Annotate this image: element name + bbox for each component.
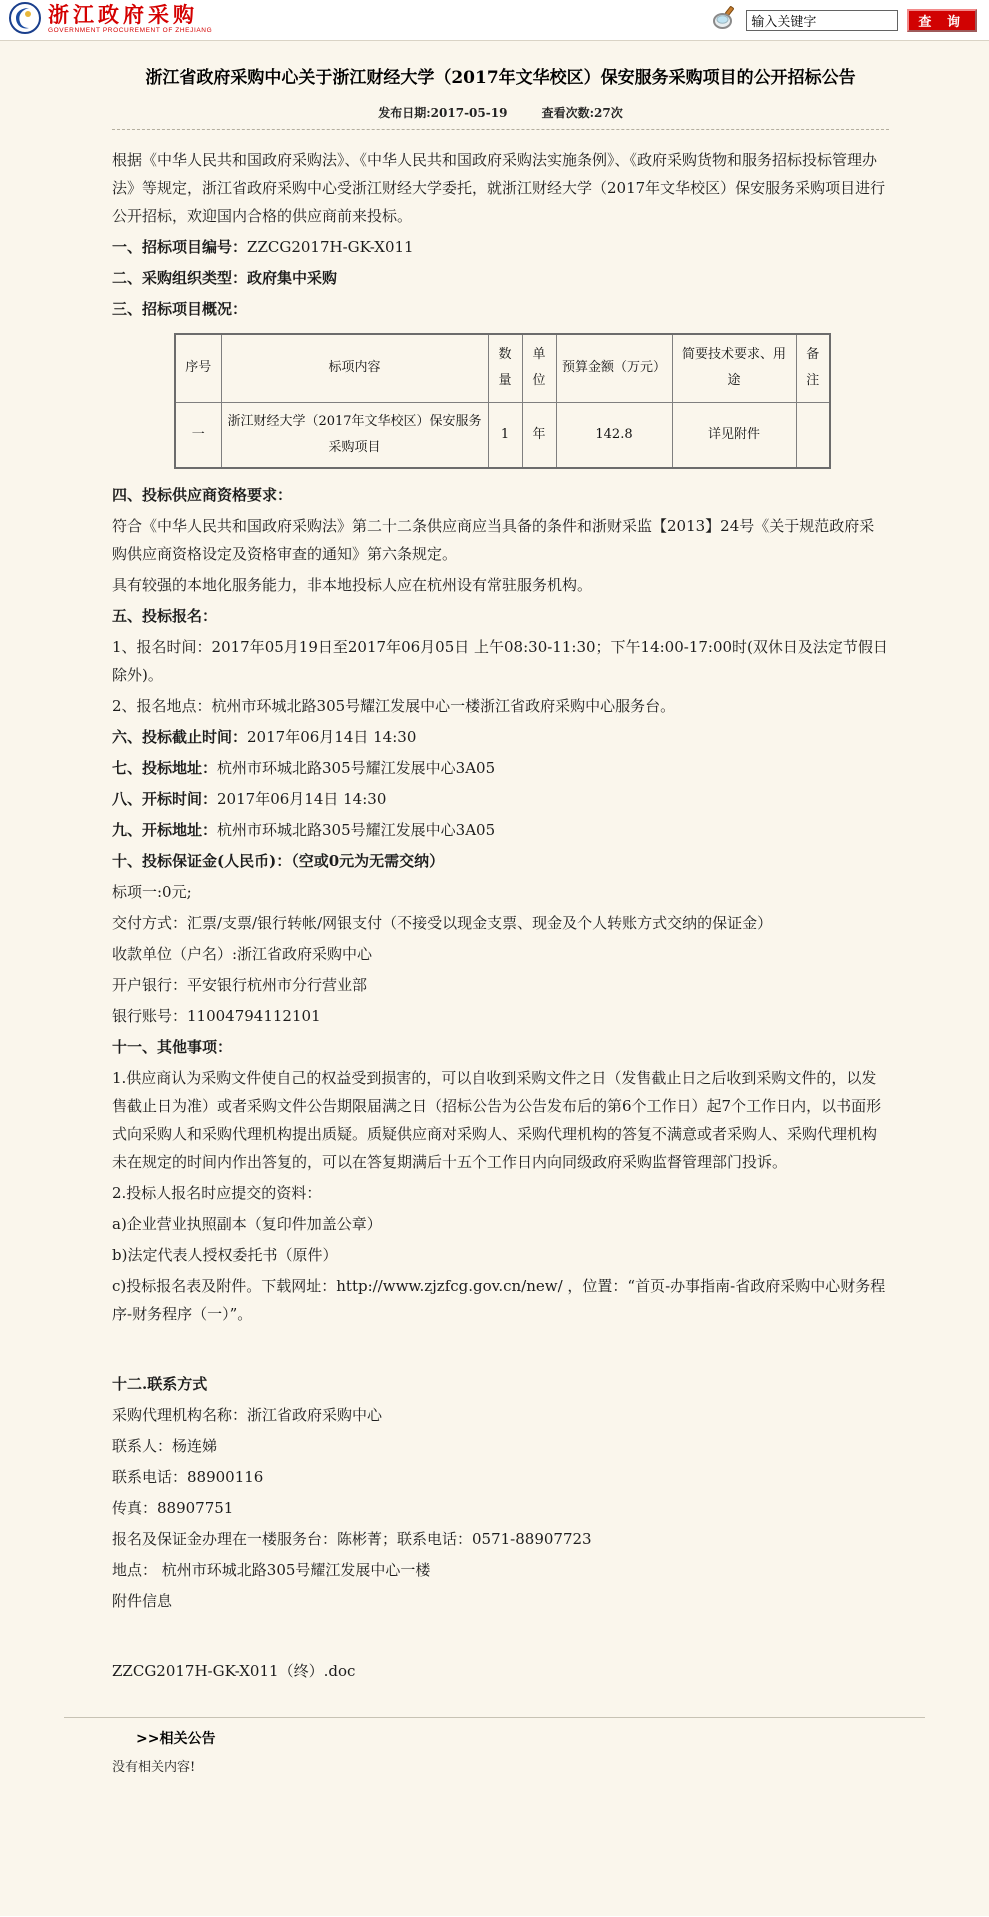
table-header-cell: 标项内容: [221, 334, 488, 402]
section-7-bid-address: 七、投标地址：杭州市环城北路305号耀江发展中心3A05: [112, 754, 889, 782]
registration-place: 2、报名地点：杭州市环城北路305号耀江发展中心一楼浙江省政府采购中心服务台。: [112, 692, 889, 720]
related-announcements: >>相关公告 没有相关内容!: [0, 1718, 989, 1775]
section-2-label: 二、采购组织类型：: [112, 269, 247, 287]
top-bar: 浙江政府采购 GOVERNMENT PROCUREMENT OF ZHEJIAN…: [0, 0, 989, 40]
section-11-heading: 十一、其他事项：: [112, 1033, 889, 1061]
section-5-heading: 五、投标报名：: [112, 602, 889, 630]
section-1-project-code: 一、招标项目编号：ZZCG2017H-GK-X011: [112, 233, 889, 261]
logo-title: 浙江政府采购: [48, 5, 212, 26]
table-header-row: 序号 标项内容 数量 单位 预算金额（万元） 简要技术要求、用途 备注: [175, 334, 830, 402]
bid-address-value: 杭州市环城北路305号耀江发展中心3A05: [217, 759, 495, 777]
bank-name: 开户银行：平安银行杭州市分行营业部: [112, 971, 889, 999]
opening-time-value: 2017年06月14日 14:30: [217, 790, 386, 808]
required-material-b: b)法定代表人授权委托书（原件）: [112, 1241, 889, 1269]
table-header-cell: 数量: [488, 334, 522, 402]
article-meta: 发布日期:2017-05-19 查看次数:27次: [112, 104, 889, 121]
search-icon: [711, 5, 737, 35]
registration-time: 1、报名时间：2017年05月19日至2017年06月05日 上午08:30-1…: [112, 633, 889, 689]
section-4-paragraph: 符合《中华人民共和国政府采购法》第二十二条供应商应当具备的条件和浙财采监【201…: [112, 512, 889, 568]
bank-account: 银行账号：11004794112101: [112, 1002, 889, 1030]
required-material-c: c)投标报名表及附件。下载网址：http://www.zjzfcg.gov.cn…: [112, 1272, 889, 1328]
table-cell-item: 浙江财经大学（2017年文华校区）保安服务采购项目: [221, 402, 488, 468]
article-body: 根据《中华人民共和国政府采购法》、《中华人民共和国政府采购法实施条例》、《政府采…: [112, 146, 889, 1685]
section-10-heading: 十、投标保证金(人民币)：（空或0元为无需交纳）: [112, 847, 889, 875]
table-cell-budget: 142.8: [556, 402, 672, 468]
opening-address-value: 杭州市环城北路305号耀江发展中心3A05: [217, 821, 495, 839]
section-6-label: 六、投标截止时间：: [112, 728, 247, 746]
section-9-opening-address: 九、开标地址：杭州市环城北路305号耀江发展中心3A05: [112, 816, 889, 844]
search-button[interactable]: 查 询: [907, 9, 977, 32]
table-cell-unit: 年: [522, 402, 556, 468]
payee-name: 收款单位（户名）:浙江省政府采购中心: [112, 940, 889, 968]
related-title: >>相关公告: [136, 1728, 989, 1748]
project-overview-table: 序号 标项内容 数量 单位 预算金额（万元） 简要技术要求、用途 备注 一 浙江…: [174, 333, 831, 469]
section-12-heading: 十二.联系方式: [112, 1370, 889, 1398]
table-header-cell: 备注: [796, 334, 830, 402]
table-cell-remark: [796, 402, 830, 468]
table-cell-qty: 1: [488, 402, 522, 468]
table-header-cell: 预算金额（万元）: [556, 334, 672, 402]
fax-number: 传真：88907751: [112, 1494, 889, 1522]
agency-name: 采购代理机构名称：浙江省政府采购中心: [112, 1401, 889, 1429]
section-2-org-type: 二、采购组织类型：政府集中采购: [112, 264, 889, 292]
contact-address: 地点： 杭州市环城北路305号耀江发展中心一楼: [112, 1556, 889, 1584]
attachment-label: 附件信息: [112, 1587, 889, 1615]
logo-emblem-icon: [8, 1, 42, 39]
other-matters-paragraph: 1.供应商认为采购文件使自己的权益受到损害的，可以自收到采购文件之日（发售截止日…: [112, 1064, 889, 1176]
site-logo[interactable]: 浙江政府采购 GOVERNMENT PROCUREMENT OF ZHEJIAN…: [8, 1, 212, 39]
section-6-deadline: 六、投标截止时间：2017年06月14日 14:30: [112, 723, 889, 751]
contact-person: 联系人：杨连娣: [112, 1432, 889, 1460]
page-title: 浙江省政府采购中心关于浙江财经大学（2017年文华校区）保安服务采购项目的公开招…: [118, 61, 883, 96]
table-row: 一 浙江财经大学（2017年文华校区）保安服务采购项目 1 年 142.8 详见…: [175, 402, 830, 468]
attachment-file-link[interactable]: ZZCG2017H-GK-X011（终）.doc: [112, 1657, 889, 1685]
search-input[interactable]: [746, 10, 898, 31]
org-type-value: 政府集中采购: [247, 269, 337, 287]
section-4-paragraph: 具有较强的本地化服务能力，非本地投标人应在杭州设有常驻服务机构。: [112, 571, 889, 599]
content-panel: 浙江省政府采购中心关于浙江财经大学（2017年文华校区）保安服务采购项目的公开招…: [0, 40, 989, 1916]
section-9-label: 九、开标地址：: [112, 821, 217, 839]
deposit-item: 标项一:0元;: [112, 878, 889, 906]
required-materials-heading: 2.投标人报名时应提交的资料：: [112, 1179, 889, 1207]
project-code-value: ZZCG2017H-GK-X011: [247, 238, 414, 256]
required-material-a: a)企业营业执照副本（复印件加盖公章）: [112, 1210, 889, 1238]
intro-paragraph: 根据《中华人民共和国政府采购法》、《中华人民共和国政府采购法实施条例》、《政府采…: [112, 146, 889, 230]
publish-date: 发布日期:2017-05-19: [378, 106, 507, 120]
section-4-heading: 四、投标供应商资格要求：: [112, 481, 889, 509]
related-empty-text: 没有相关内容!: [112, 1756, 989, 1775]
section-8-label: 八、开标时间：: [112, 790, 217, 808]
table-header-cell: 单位: [522, 334, 556, 402]
payment-method: 交付方式：汇票/支票/银行转帐/网银支付（不接受以现金支票、现金及个人转账方式交…: [112, 909, 889, 937]
section-1-label: 一、招标项目编号：: [112, 238, 247, 256]
logo-subtitle: GOVERNMENT PROCUREMENT OF ZHEJIANG: [48, 28, 212, 35]
table-header-cell: 序号: [175, 334, 221, 402]
view-count: 查看次数:27次: [542, 106, 623, 120]
dashed-divider: [112, 129, 889, 130]
contact-phone: 联系电话：88900116: [112, 1463, 889, 1491]
section-3-overview-heading: 三、招标项目概况：: [112, 295, 889, 323]
service-desk-contact: 报名及保证金办理在一楼服务台：陈彬菁；联系电话：0571-88907723: [112, 1525, 889, 1553]
section-8-opening-time: 八、开标时间：2017年06月14日 14:30: [112, 785, 889, 813]
table-header-cell: 简要技术要求、用途: [672, 334, 796, 402]
search-area: 查 询: [711, 5, 977, 35]
deadline-value: 2017年06月14日 14:30: [247, 728, 416, 746]
table-cell-seq: 一: [175, 402, 221, 468]
section-7-label: 七、投标地址：: [112, 759, 217, 777]
table-cell-requirements: 详见附件: [672, 402, 796, 468]
